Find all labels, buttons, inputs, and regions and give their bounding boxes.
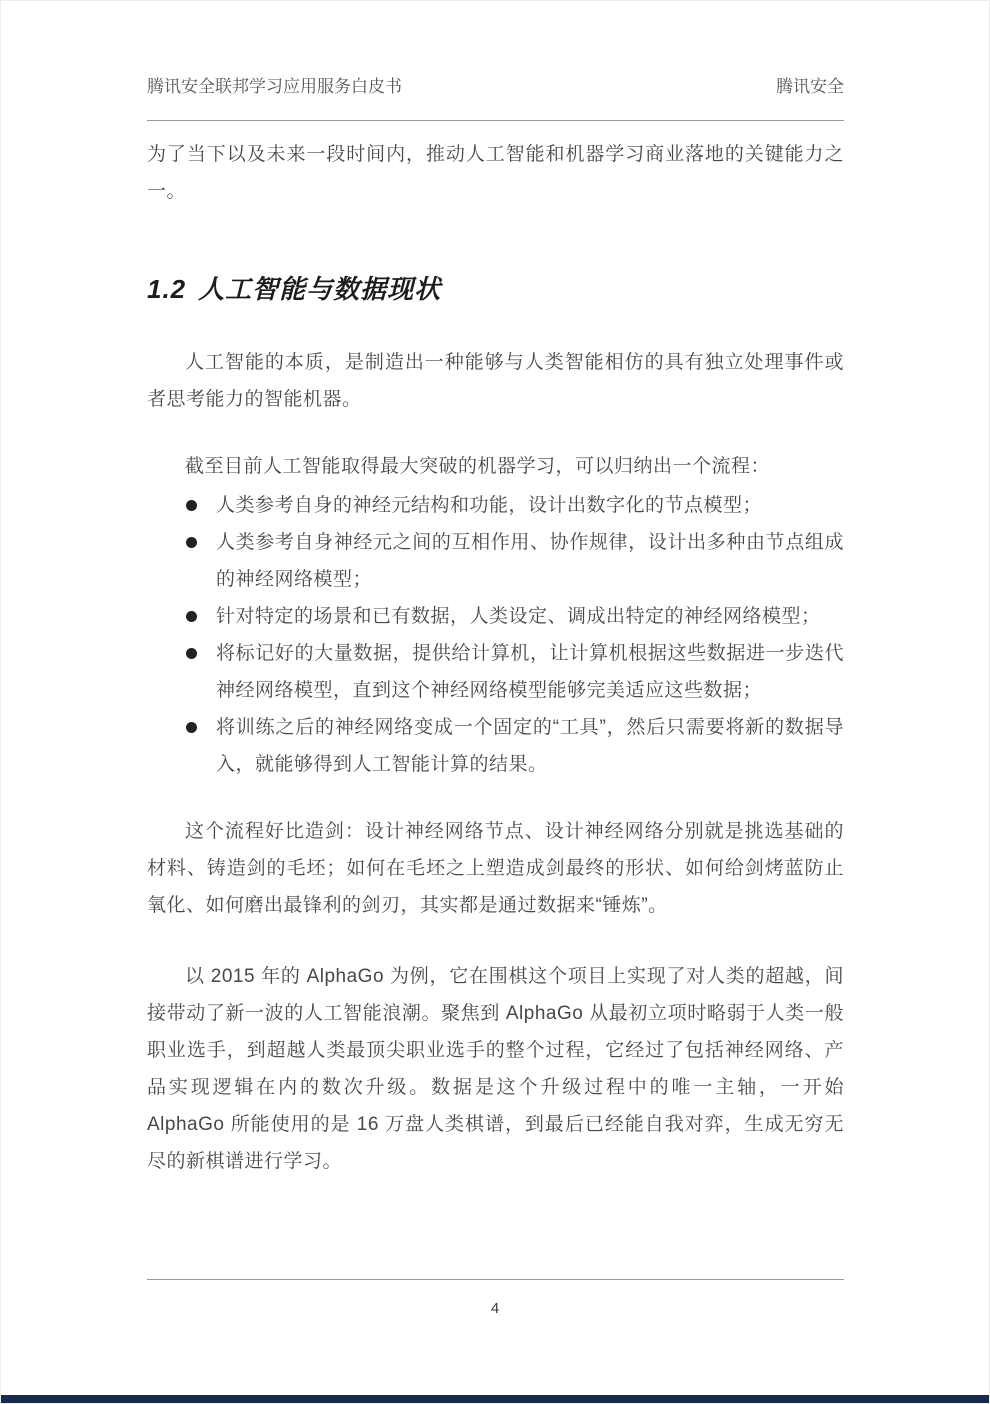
list-item: 将训练之后的神经网络变成一个固定的“工具”，然后只需要将新的数据导入，就能够得到…	[147, 709, 844, 783]
list-item-text: 针对特定的场景和已有数据，人类设定、调成出特定的神经网络模型；	[216, 598, 844, 635]
page-header: 腾讯安全联邦学习应用服务白皮书 腾讯安全	[147, 76, 844, 98]
section-number: 1.2	[147, 274, 186, 304]
list-item: 人类参考自身的神经元结构和功能，设计出数字化的节点模型；	[147, 487, 844, 524]
header-document-title: 腾讯安全联邦学习应用服务白皮书	[147, 76, 402, 98]
header-brand: 腾讯安全	[776, 76, 844, 98]
intro-paragraph: 为了当下以及未来一段时间内，推动人工智能和机器学习商业落地的关键能力之一。	[147, 136, 844, 210]
footer-divider	[147, 1279, 844, 1280]
paragraph-ai-essence: 人工智能的本质，是制造出一种能够与人类智能相仿的具有独立处理事件或者思考能力的智…	[147, 344, 844, 418]
section-heading: 1.2人工智能与数据现状	[147, 272, 844, 306]
bullet-icon	[186, 722, 197, 733]
process-bullet-list: 人类参考自身的神经元结构和功能，设计出数字化的节点模型； 人类参考自身神经元之间…	[147, 487, 844, 783]
paragraph-sword-analogy: 这个流程好比造剑：设计神经网络节点、设计神经网络分别就是挑选基础的材料、铸造剑的…	[147, 813, 844, 924]
bullet-icon	[186, 611, 197, 622]
list-item-text: 人类参考自身的神经元结构和功能，设计出数字化的节点模型；	[216, 487, 844, 524]
bullet-icon	[186, 500, 197, 511]
list-item-text: 将训练之后的神经网络变成一个固定的“工具”，然后只需要将新的数据导入，就能够得到…	[216, 709, 844, 783]
list-item: 将标记好的大量数据，提供给计算机，让计算机根据这些数据进一步迭代神经网络模型，直…	[147, 635, 844, 709]
page-content: 腾讯安全联邦学习应用服务白皮书 腾讯安全 为了当下以及未来一段时间内，推动人工智…	[1, 1, 989, 1180]
list-item: 人类参考自身神经元之间的互相作用、协作规律，设计出多种由节点组成的神经网络模型；	[147, 524, 844, 598]
section-title: 人工智能与数据现状	[198, 274, 441, 304]
bottom-accent-bar	[1, 1395, 989, 1403]
list-item: 针对特定的场景和已有数据，人类设定、调成出特定的神经网络模型；	[147, 598, 844, 635]
paragraph-process-intro: 截至目前人工智能取得最大突破的机器学习，可以归纳出一个流程：	[147, 448, 844, 485]
page-number: 4	[1, 1299, 989, 1319]
whitepaper-page: 腾讯安全联邦学习应用服务白皮书 腾讯安全 为了当下以及未来一段时间内，推动人工智…	[0, 0, 990, 1404]
paragraph-alphago-example: 以 2015 年的 AlphaGo 为例，它在围棋这个项目上实现了对人类的超越，…	[147, 958, 844, 1180]
list-item-text: 人类参考自身神经元之间的互相作用、协作规律，设计出多种由节点组成的神经网络模型；	[216, 524, 844, 598]
bullet-icon	[186, 648, 197, 659]
bullet-icon	[186, 537, 197, 548]
list-item-text: 将标记好的大量数据，提供给计算机，让计算机根据这些数据进一步迭代神经网络模型，直…	[216, 635, 844, 709]
header-divider	[147, 120, 844, 121]
